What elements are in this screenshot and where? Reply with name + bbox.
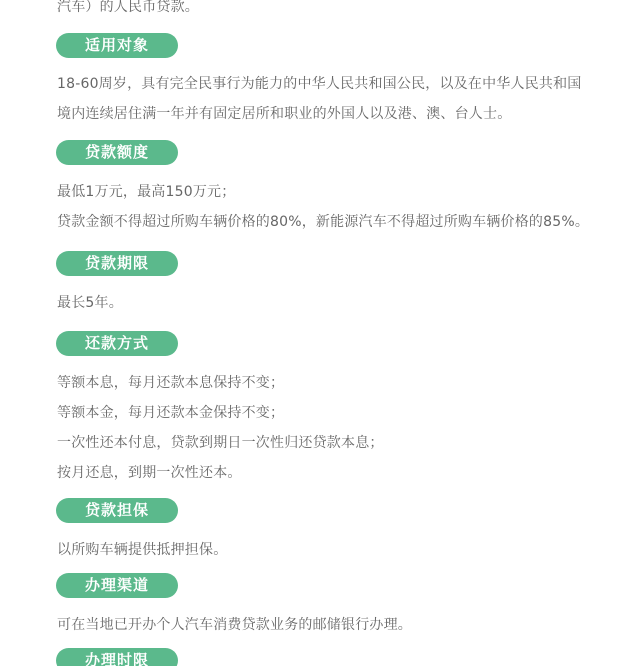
repayment-text-line-3: 一次性还本付息，贷款到期日一次性归还贷款本息；	[57, 433, 384, 453]
section-heading-eligibility: 适用对象	[56, 33, 178, 58]
section-heading-processing-time: 办理时限	[56, 648, 178, 666]
guarantee-text-line-1: 以所购车辆提供抵押担保。	[57, 540, 227, 560]
channel-text-line-1: 可在当地已开办个人汽车消费贷款业务的邮储银行办理。	[57, 615, 412, 635]
loan-amount-text-line-2: 贷款金额不得超过所购车辆价格的80%，新能源汽车不得超过所购车辆价格的85%。	[57, 212, 589, 232]
repayment-text-line-1: 等额本息，每月还款本息保持不变；	[57, 373, 284, 393]
eligibility-text-line-2: 境内连续居住满一年并有固定居所和职业的外国人以及港、澳、台人士。	[57, 104, 511, 124]
loan-term-text-line-1: 最长5年。	[57, 293, 123, 313]
section-heading-loan-term: 贷款期限	[56, 251, 178, 276]
loan-amount-text-line-1: 最低1万元，最高150万元；	[57, 182, 235, 202]
section-heading-loan-guarantee: 贷款担保	[56, 498, 178, 523]
intro-text-tail: 汽车）的人民币贷款。	[57, 0, 199, 17]
eligibility-text-line-1: 18-60周岁，具有完全民事行为能力的中华人民共和国公民，以及在中华人民共和国	[57, 74, 581, 94]
repayment-text-line-2: 等额本金，每月还款本金保持不变；	[57, 403, 284, 423]
section-heading-channel: 办理渠道	[56, 573, 178, 598]
section-heading-loan-amount: 贷款额度	[56, 140, 178, 165]
section-heading-repayment-method: 还款方式	[56, 331, 178, 356]
repayment-text-line-4: 按月还息，到期一次性还本。	[57, 463, 242, 483]
